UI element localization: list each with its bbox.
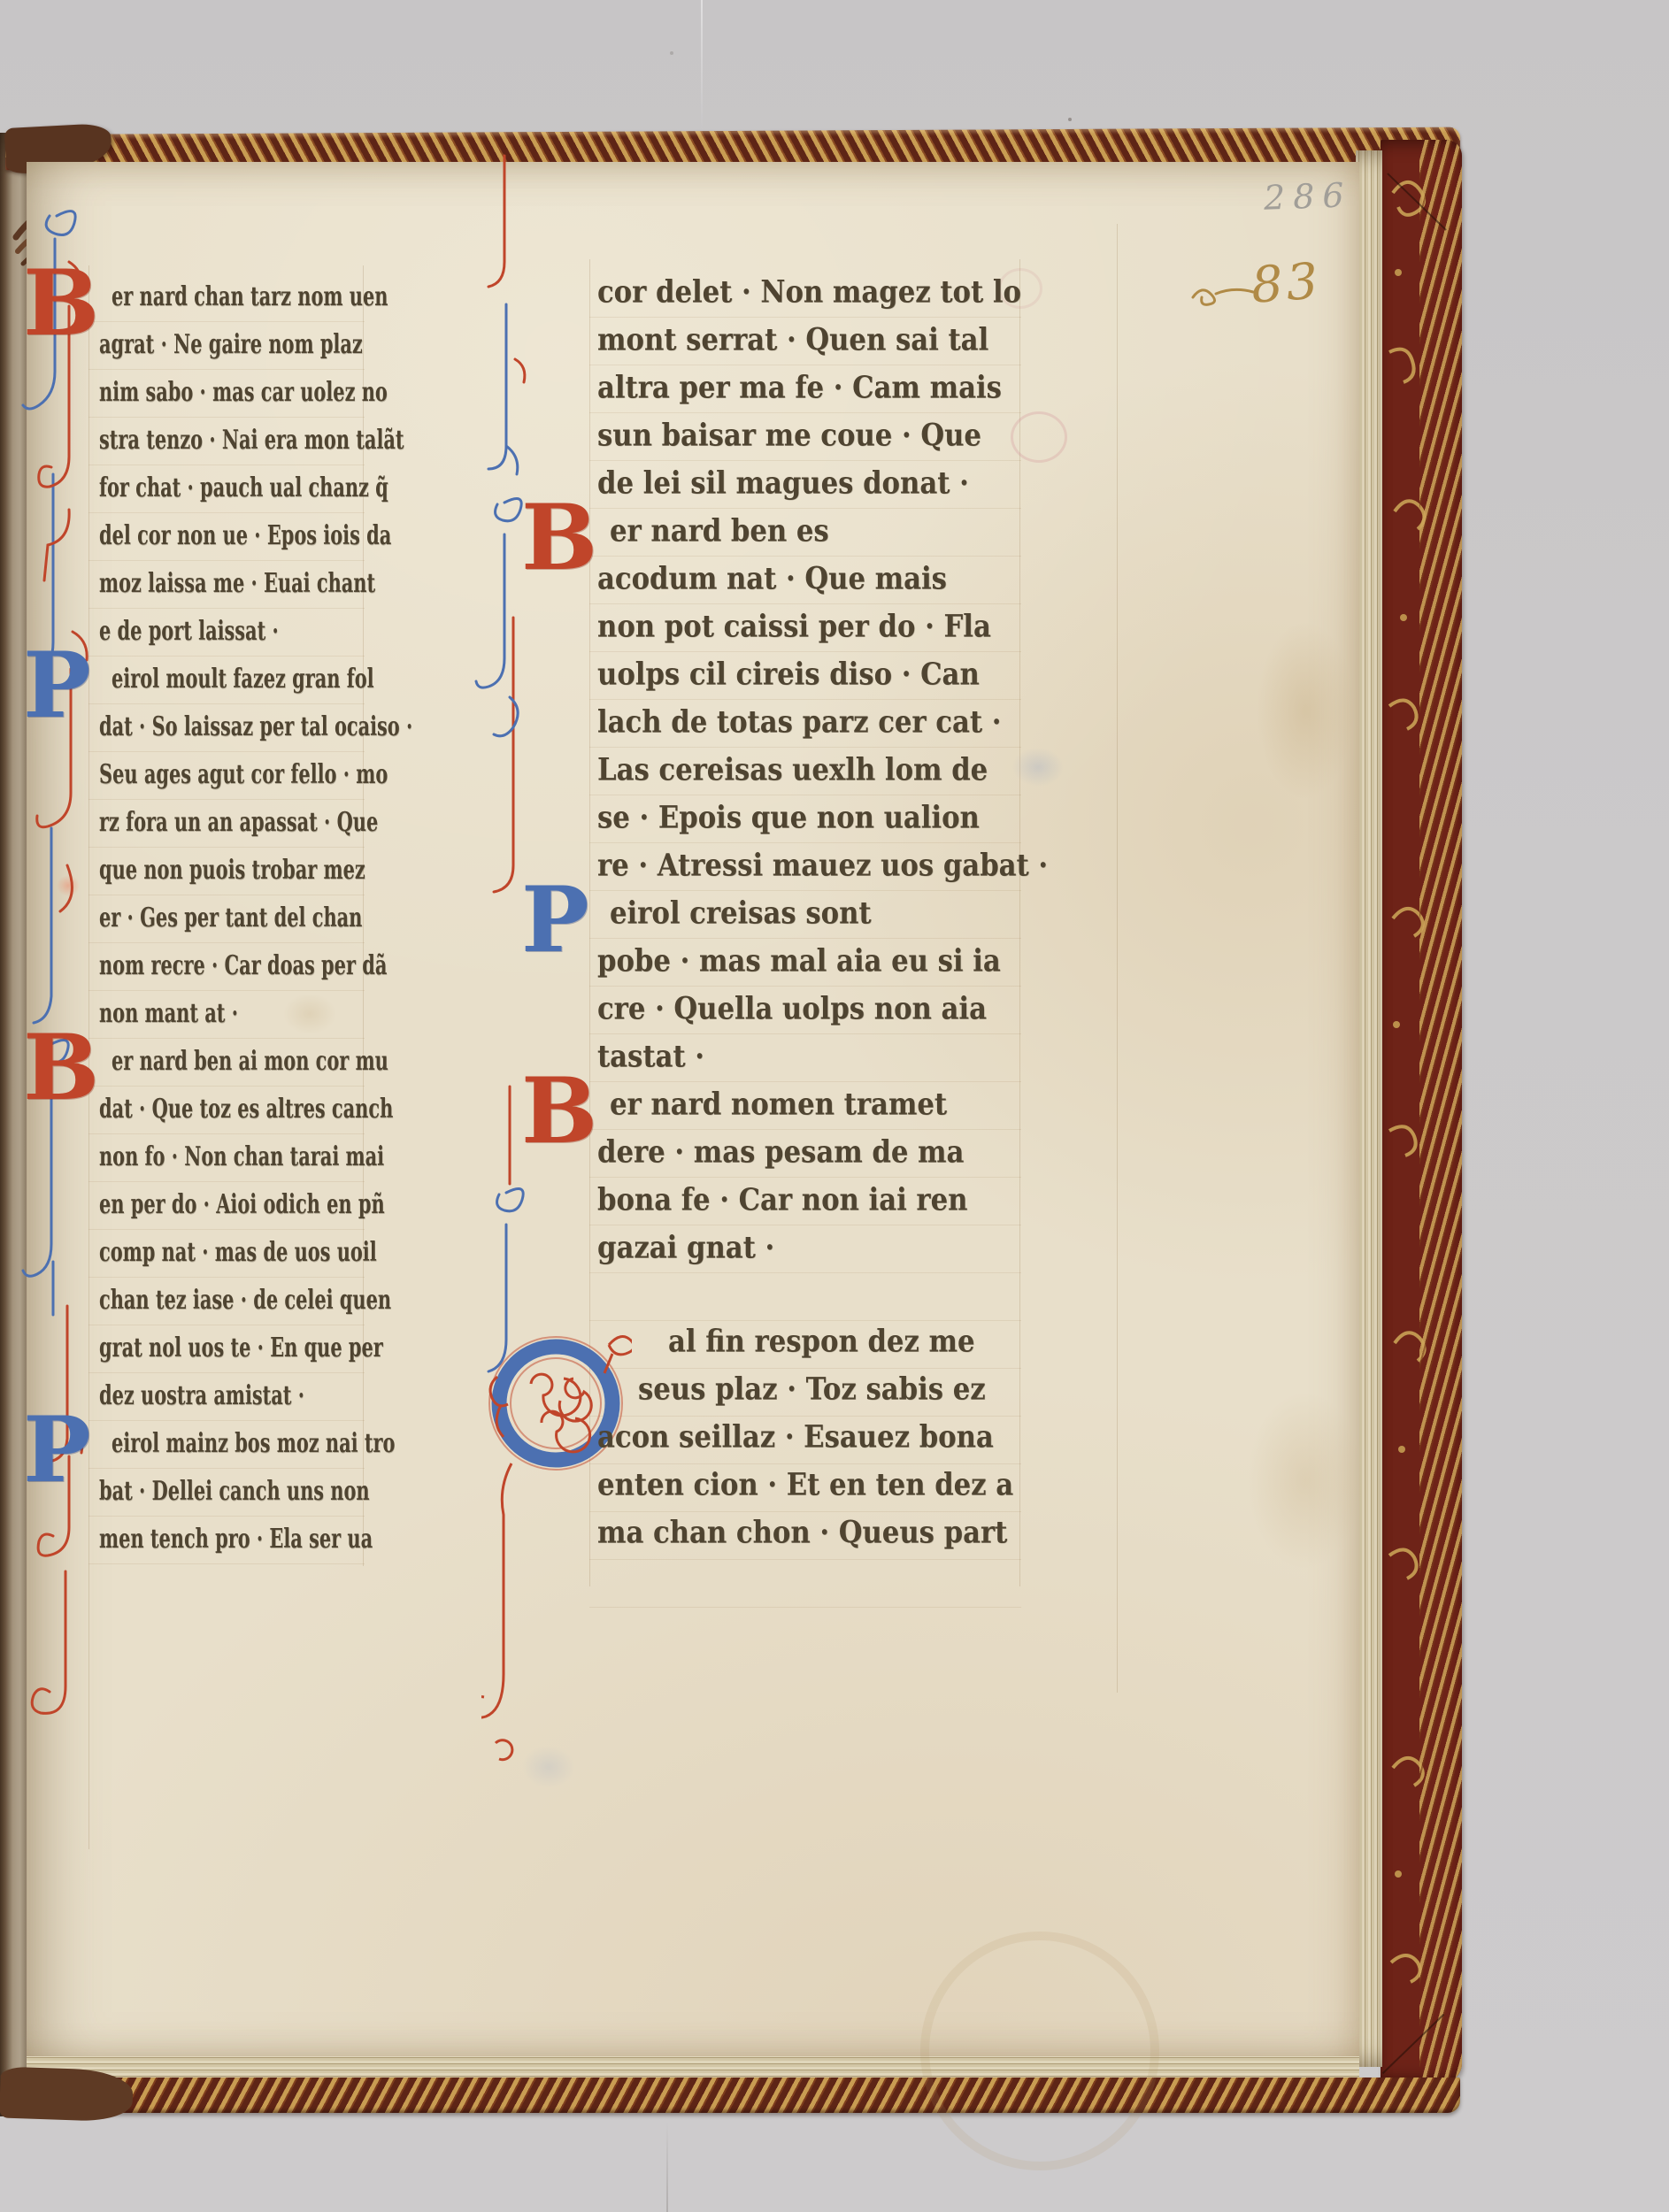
text-line: acodum nat · Que mais xyxy=(597,555,1031,603)
ruling-line-vertical xyxy=(1117,224,1118,1693)
text-column-left: Ber nard chan tarz nom uenagrat · Ne gai… xyxy=(99,273,391,1563)
line-text: eirol moult fazez gran fol xyxy=(112,654,374,703)
text-line: non mant at · xyxy=(99,989,391,1037)
text-line: sun baisar me coue · Que xyxy=(597,411,1031,459)
line-text: stra tenzo · Nai era mon talãt xyxy=(99,415,404,464)
line-text: sun baisar me coue · Que xyxy=(597,410,981,460)
line-text: rz fora un an apassat · Que xyxy=(99,797,378,846)
text-line: non fo · Non chan tarai mai xyxy=(99,1133,391,1180)
line-text: dez uostra amistat · xyxy=(99,1371,304,1419)
line-text: cor delet · Non magez tot lo xyxy=(597,266,1021,317)
text-line: Ber nard nomen tramet xyxy=(597,1080,1031,1128)
text-line: Ber nard chan tarz nom uen xyxy=(99,273,391,320)
line-text: bat · Dellei canch uns non xyxy=(99,1466,370,1515)
line-text: tastat · xyxy=(597,1031,704,1081)
line-text: agrat · Ne gaire nom plaz xyxy=(99,319,363,368)
text-line: acon seillaz · Esauez bona xyxy=(597,1413,1031,1461)
line-text: que non puois trobar mez xyxy=(99,845,365,894)
line-text: seus plaz · Toz sabis ez xyxy=(638,1363,986,1414)
line-text: uolps cil cireis diso · Can xyxy=(597,649,980,699)
text-line: Peirol creisas sont xyxy=(597,889,1031,937)
photograph-of-manuscript: { "manuscript": { "folio": { "pencil": "… xyxy=(0,0,1669,2212)
line-text: acodum nat · Que mais xyxy=(597,553,947,603)
pen-flourish-margin-right-column xyxy=(474,149,549,1405)
text-line: cre · Quella uolps non aia xyxy=(597,985,1031,1033)
ink-flourish xyxy=(1189,280,1257,306)
text-line: bat · Dellei canch uns non xyxy=(99,1467,391,1515)
tan-stain xyxy=(1248,1392,1363,1569)
text-line: non pot caissi per do · Fla xyxy=(597,603,1031,650)
text-line: Qal fin respon dez me xyxy=(597,1317,1031,1365)
text-line: dere · mas pesam de ma xyxy=(597,1128,1031,1176)
line-text: pobe · mas mal aia eu si ia xyxy=(597,935,1001,986)
text-line: del cor non ue · Epos iois da xyxy=(99,511,391,559)
text-line: rz fora un an apassat · Que xyxy=(99,798,391,846)
line-text: enten cion · Et en ten dez a xyxy=(597,1459,1013,1509)
backdrop-seam-bottom xyxy=(666,2122,668,2212)
line-text: del cor non ue · Epos iois da xyxy=(99,511,391,559)
binding-bottom-edge-gilt-band xyxy=(4,2078,1460,2113)
tan-stain xyxy=(1257,622,1354,799)
dust-speck xyxy=(670,51,673,55)
text-line: men tench pro · Ela ser ua xyxy=(99,1515,391,1563)
text-line: dez uostra amistat · xyxy=(99,1371,391,1419)
circular-stain xyxy=(920,1932,1159,2170)
line-text: mont serrat · Quen sai tal xyxy=(597,314,988,365)
text-line: Peirol mainz bos moz nai tro xyxy=(99,1419,391,1467)
line-text: ma chan chon · Queus part xyxy=(597,1507,1007,1557)
text-line: Seu ages agut cor fello · mo xyxy=(99,750,391,798)
folio-number-pencil: 286 xyxy=(1263,175,1352,217)
pen-flourish-margin-left-column xyxy=(21,209,96,1801)
line-text: bona fe · Car non iai ren xyxy=(597,1174,967,1225)
text-line: seus plaz · Toz sabis ez xyxy=(597,1365,1031,1413)
line-text: Las cereisas uexlh lom de xyxy=(597,744,988,795)
text-line: en per do · Aioi odich en pñ xyxy=(99,1180,391,1228)
illuminated-initial: B xyxy=(521,1066,597,1156)
gold-rope-tooling xyxy=(1419,140,1462,2083)
binding-front-cover-board xyxy=(1381,140,1462,2083)
line-text: moz laissa me · Euai chant xyxy=(99,558,375,607)
text-line: comp nat · mas de uos uoil xyxy=(99,1228,391,1276)
text-line: grat nol uos te · En que per xyxy=(99,1324,391,1371)
text-line: re · Atressi mauez uos gabat · xyxy=(597,841,1031,889)
line-text: er nard ben ai mon cor mu xyxy=(112,1036,388,1085)
text-line: gazai gnat · xyxy=(597,1224,1031,1271)
line-text: e de port laissat · xyxy=(99,606,279,655)
text-line: dat · Que toz es altres canch xyxy=(99,1085,391,1133)
illuminated-initial: B xyxy=(521,493,597,583)
text-line: uolps cil cireis diso · Can xyxy=(597,650,1031,698)
text-line: Las cereisas uexlh lom de xyxy=(597,746,1031,794)
line-text: er nard ben es xyxy=(610,505,829,556)
line-text: Seu ages agut cor fello · mo xyxy=(99,749,388,798)
text-line: er · Ges per tant del chan xyxy=(99,894,391,941)
line-text: dat · Que toz es altres canch xyxy=(99,1084,393,1133)
text-line: for chat · pauch ual chanz q̃ xyxy=(99,464,391,511)
line-text: dat · So laissaz per tal ocaiso · xyxy=(99,702,412,750)
line-text: er nard nomen tramet xyxy=(610,1079,947,1129)
line-text: nim sabo · mas car uolez no xyxy=(99,367,388,416)
line-text: grat nol uos te · En que per xyxy=(99,1323,383,1371)
text-line: enten cion · Et en ten dez a xyxy=(597,1461,1031,1509)
text-column-right: cor delet · Non magez tot lomont serrat … xyxy=(597,268,1031,1556)
text-line: Ber nard ben ai mon cor mu xyxy=(99,1037,391,1085)
line-text: de lei sil magues donat · xyxy=(597,457,969,508)
text-line: nim sabo · mas car uolez no xyxy=(99,368,391,416)
backdrop-seam-top xyxy=(701,0,703,133)
text-line: lach de totas parz cer cat · xyxy=(597,698,1031,746)
line-text: dere · mas pesam de ma xyxy=(597,1126,964,1177)
folio-number-ink: 83 xyxy=(1250,252,1324,314)
line-text: nom recre · Car doas per dã xyxy=(99,941,387,989)
line-text: altra per ma fe · Cam mais xyxy=(597,362,1002,412)
text-line: Ber nard ben es xyxy=(597,507,1031,555)
line-text: en per do · Aioi odich en pñ xyxy=(99,1179,385,1228)
line-text: non mant at · xyxy=(99,988,238,1037)
text-line: chan tez iase · de celei quen xyxy=(99,1276,391,1324)
line-text: eirol mainz bos moz nai tro xyxy=(112,1418,395,1467)
line-text: acon seillaz · Esauez bona xyxy=(597,1411,994,1462)
text-line: ma chan chon · Queus part xyxy=(597,1509,1031,1556)
text-line: bona fe · Car non iai ren xyxy=(597,1176,1031,1224)
line-text: cre · Quella uolps non aia xyxy=(597,983,987,1033)
text-line: stra tenzo · Nai era mon talãt xyxy=(99,416,391,464)
illuminated-initial: P xyxy=(23,1405,91,1495)
text-line: se · Epois que non ualion xyxy=(597,794,1031,841)
illuminated-initial: P xyxy=(23,641,91,731)
line-text: non pot caissi per do · Fla xyxy=(597,601,991,651)
line-text: re · Atressi mauez uos gabat · xyxy=(597,840,1048,890)
line-text: er · Ges per tant del chan xyxy=(99,893,362,941)
text-line: dat · So laissaz per tal ocaiso · xyxy=(99,703,391,750)
line-text: chan tez iase · de celei quen xyxy=(99,1275,391,1324)
text-line: moz laissa me · Euai chant xyxy=(99,559,391,607)
text-line: e de port laissat · xyxy=(99,607,391,655)
text-line: nom recre · Car doas per dã xyxy=(99,941,391,989)
line-text: comp nat · mas de uos uoil xyxy=(99,1227,377,1276)
line-text: men tench pro · Ela ser ua xyxy=(99,1514,373,1563)
line-text: non fo · Non chan tarai mai xyxy=(99,1132,384,1180)
page-block-fore-edge xyxy=(1356,150,1382,2067)
line-text: lach de totas parz cer cat · xyxy=(597,696,1001,747)
line-text: er nard chan tarz nom uen xyxy=(112,272,388,320)
line-text: eirol creisas sont xyxy=(610,887,872,938)
text-line: pobe · mas mal aia eu si ia xyxy=(597,937,1031,985)
illuminated-initial: B xyxy=(23,258,99,349)
text-line: agrat · Ne gaire nom plaz xyxy=(99,320,391,368)
text-line: tastat · xyxy=(597,1033,1031,1080)
line-text: for chat · pauch ual chanz q̃ xyxy=(99,463,388,511)
page-block-bottom-edge xyxy=(27,2055,1359,2079)
line-text: al fin respon dez me xyxy=(668,1316,975,1366)
illuminated-initial: B xyxy=(23,1023,99,1113)
text-line: cor delet · Non magez tot lo xyxy=(597,268,1031,316)
text-line: Peirol moult fazez gran fol xyxy=(99,655,391,703)
text-line: mont serrat · Quen sai tal xyxy=(597,316,1031,364)
line-text: se · Epois que non ualion xyxy=(597,792,980,842)
text-line: que non puois trobar mez xyxy=(99,846,391,894)
text-line: de lei sil magues donat · xyxy=(597,459,1031,507)
illuminated-initial: P xyxy=(521,875,589,965)
line-text: gazai gnat · xyxy=(597,1222,774,1272)
text-line: altra per ma fe · Cam mais xyxy=(597,364,1031,411)
dust-speck xyxy=(1068,118,1072,121)
